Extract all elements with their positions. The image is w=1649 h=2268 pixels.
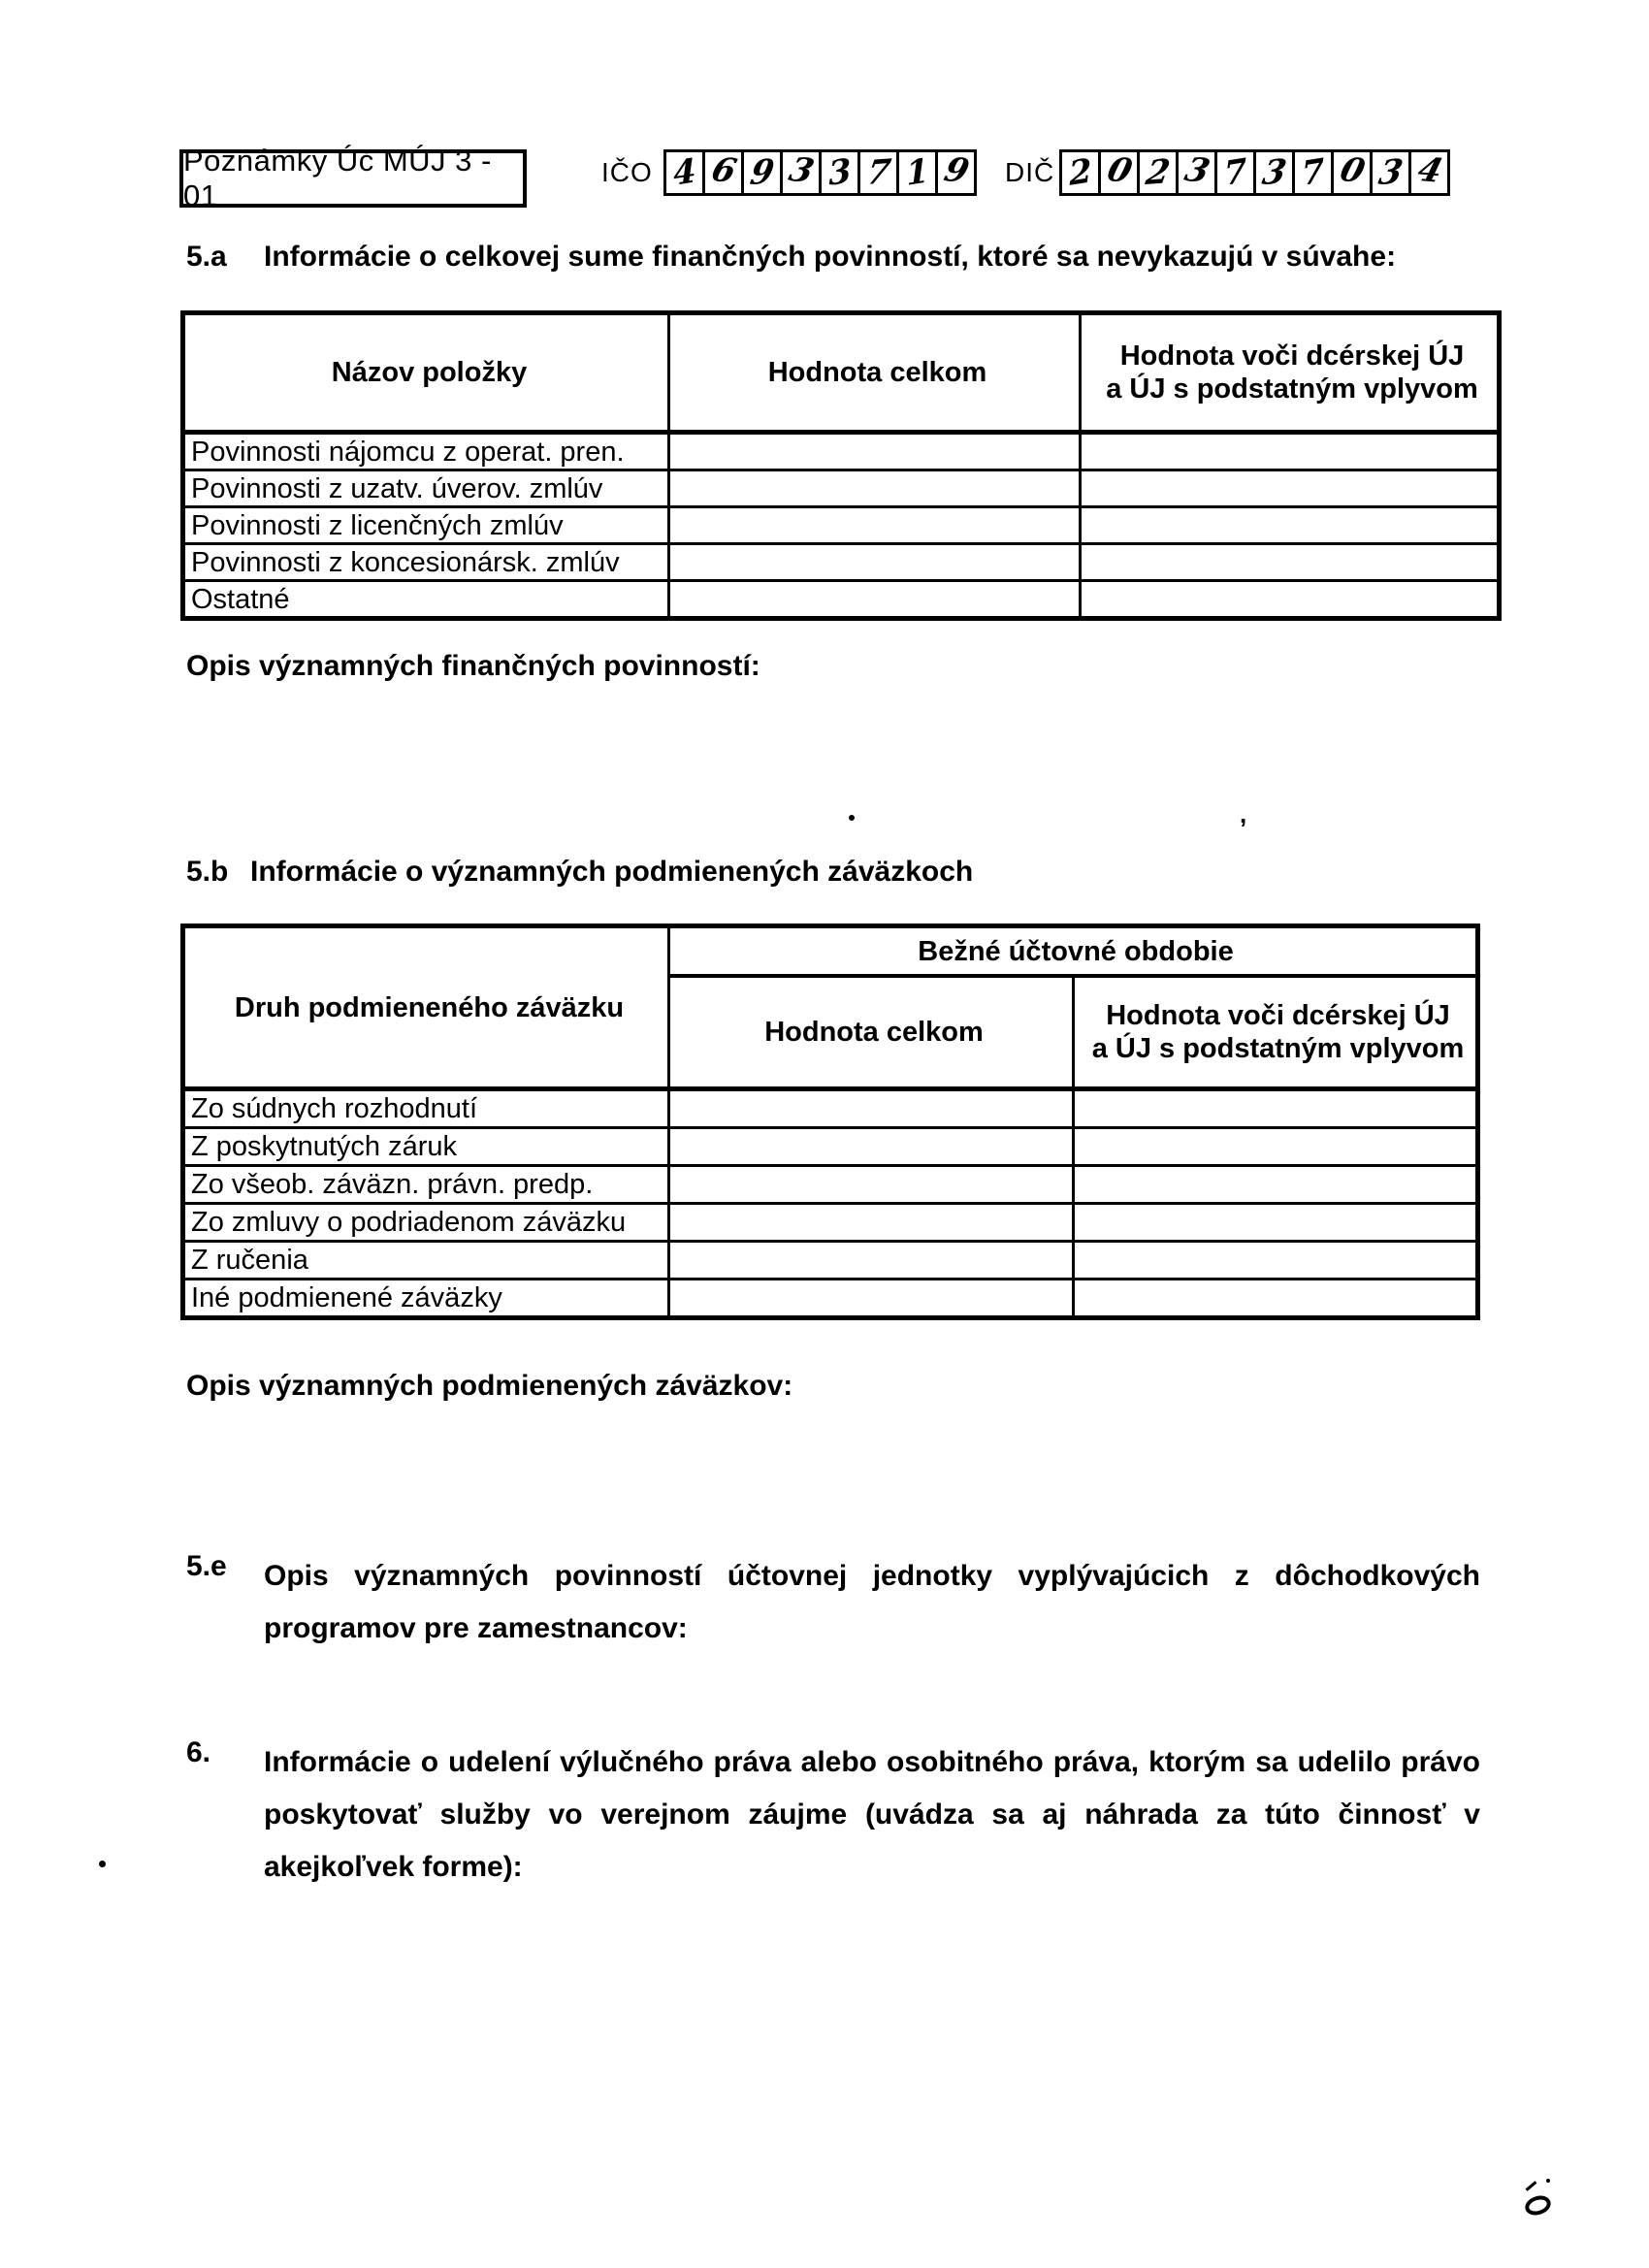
cell-hodnota-voci [1074, 1128, 1478, 1166]
table-row: Z ručenia [183, 1242, 1478, 1280]
cell-hodnota-celkom [669, 1128, 1074, 1166]
table-contingent-liabilities: Druh podmieneného záväzku Bežné účtovné … [180, 923, 1480, 1320]
scan-speck [99, 1861, 106, 1867]
section-5e-text: Opis významných povinností účtovnej jedn… [264, 1550, 1480, 1655]
column-header: Hodnota voči dcérskej ÚJ a ÚJ s podstatn… [1074, 976, 1478, 1089]
ico-digit-cell: 7 [860, 152, 899, 193]
dic-digit-cell: 7 [1295, 152, 1334, 193]
row-label: Z poskytnutých záruk [183, 1128, 669, 1166]
cell-hodnota-voci [1074, 1204, 1478, 1242]
section-6-text: Informácie o udelení výlučného práva ale… [264, 1736, 1480, 1894]
cell-hodnota-voci [1081, 470, 1500, 507]
ico-digit-cell: 6 [705, 152, 744, 193]
cell-hodnota-celkom [669, 1089, 1074, 1128]
scan-speck [1526, 2181, 1537, 2191]
row-label: Iné podmienené záväzky [183, 1280, 669, 1318]
scan-speck [849, 815, 855, 821]
cell-hodnota-celkom [669, 433, 1081, 470]
dic-digit-cell: 3 [1256, 152, 1295, 193]
dic-digit-cell: 3 [1179, 152, 1217, 193]
ico-digit-cell: 3 [783, 152, 822, 193]
row-label: Ostatné [183, 581, 669, 619]
section-5b-title: Informácie o významných podmienených záv… [250, 856, 973, 889]
dic-digit-boxes: 2 0 2 3 7 3 7 0 3 4 [1059, 149, 1450, 196]
opis-financnych-povinnosti-label: Opis významných finančných povinností: [186, 650, 760, 683]
opis-podmienenych-zavazkov-label: Opis významných podmienených záväzkov: [186, 1370, 792, 1403]
row-label: Povinnosti z uzatv. úverov. zmlúv [183, 470, 669, 507]
column-header: Hodnota celkom [669, 976, 1074, 1089]
ico-digit-boxes: 4 6 9 3 3 7 1 9 [663, 149, 977, 196]
ico-digit-cell: 3 [822, 152, 860, 193]
column-header: Hodnota celkom [669, 313, 1081, 433]
section-5a-number: 5.a [186, 241, 227, 274]
dic-digit-cell: 4 [1411, 152, 1447, 193]
cell-hodnota-voci [1074, 1089, 1478, 1128]
table-row: Povinnosti z uzatv. úverov. zmlúv [183, 470, 1500, 507]
column-header: Názov položky [183, 313, 669, 433]
dic-digit-cell: 0 [1101, 152, 1140, 193]
section-5e-number: 5.e [186, 1550, 227, 1583]
dic-digit-cell: 2 [1140, 152, 1179, 193]
table-financial-obligations: Názov položky Hodnota celkom Hodnota voč… [180, 310, 1502, 621]
row-label: Povinnosti z koncesionársk. zmlúv [183, 544, 669, 581]
cell-hodnota-celkom [669, 507, 1081, 544]
section-5a-title: Informácie o celkovej sume finančných po… [264, 241, 1396, 274]
scan-speck [1523, 2192, 1554, 2218]
dic-digit-cell: 2 [1062, 152, 1101, 193]
cell-hodnota-voci [1081, 581, 1500, 619]
cell-hodnota-voci [1074, 1280, 1478, 1318]
row-label: Zo zmluvy o podriadenom záväzku [183, 1204, 669, 1242]
column-header: Hodnota voči dcérskej ÚJ a ÚJ s podstatn… [1081, 313, 1500, 433]
dic-label: DIČ [1005, 157, 1054, 188]
table-row: Zo zmluvy o podriadenom záväzku [183, 1204, 1478, 1242]
row-label: Povinnosti z licenčných zmlúv [183, 507, 669, 544]
period-header: Bežné účtovné obdobie [669, 926, 1478, 977]
table-row: Zo všeob. záväzn. právn. predp. [183, 1166, 1478, 1204]
cell-hodnota-celkom [669, 1166, 1074, 1204]
table-row: Zo súdnych rozhodnutí [183, 1089, 1478, 1128]
section-6-number: 6. [186, 1736, 210, 1769]
cell-hodnota-celkom [669, 581, 1081, 619]
cell-hodnota-celkom [669, 1204, 1074, 1242]
cell-hodnota-voci [1074, 1166, 1478, 1204]
ico-digit-cell: 9 [938, 152, 974, 193]
dic-digit-cell: 7 [1217, 152, 1256, 193]
cell-hodnota-celkom [669, 1280, 1074, 1318]
cell-hodnota-voci [1081, 433, 1500, 470]
cell-hodnota-voci [1081, 544, 1500, 581]
table-row: Iné podmienené záväzky [183, 1280, 1478, 1318]
section-5b-number: 5.b [186, 856, 228, 889]
cell-hodnota-voci [1081, 507, 1500, 544]
table-row: Povinnosti z licenčných zmlúv [183, 507, 1500, 544]
ico-digit-cell: 4 [666, 152, 705, 193]
form-code-box: Poznámky Úč MÚJ 3 - 01 [179, 149, 527, 208]
scan-speck [1546, 2179, 1550, 2183]
cell-hodnota-voci [1074, 1242, 1478, 1280]
table-row: Povinnosti nájomcu z operat. pren. [183, 433, 1500, 470]
row-label: Z ručenia [183, 1242, 669, 1280]
row-label: Povinnosti nájomcu z operat. pren. [183, 433, 669, 470]
table-row: Povinnosti z koncesionársk. zmlúv [183, 544, 1500, 581]
row-label: Zo všeob. záväzn. právn. predp. [183, 1166, 669, 1204]
dic-digit-cell: 0 [1334, 152, 1373, 193]
column-header: Druh podmieneného záväzku [183, 926, 669, 1089]
form-code-label: Poznámky Úč MÚJ 3 - 01 [183, 144, 523, 213]
ico-digit-cell: 9 [744, 152, 783, 193]
row-label: Zo súdnych rozhodnutí [183, 1089, 669, 1128]
table-row: Z poskytnutých záruk [183, 1128, 1478, 1166]
cell-hodnota-celkom [669, 544, 1081, 581]
cell-hodnota-celkom [669, 470, 1081, 507]
cell-hodnota-celkom [669, 1242, 1074, 1280]
ico-digit-cell: 1 [899, 152, 938, 193]
ico-label: IČO [601, 157, 653, 188]
scan-speck: , [1240, 799, 1246, 829]
dic-digit-cell: 3 [1373, 152, 1411, 193]
table-row: Ostatné [183, 581, 1500, 619]
